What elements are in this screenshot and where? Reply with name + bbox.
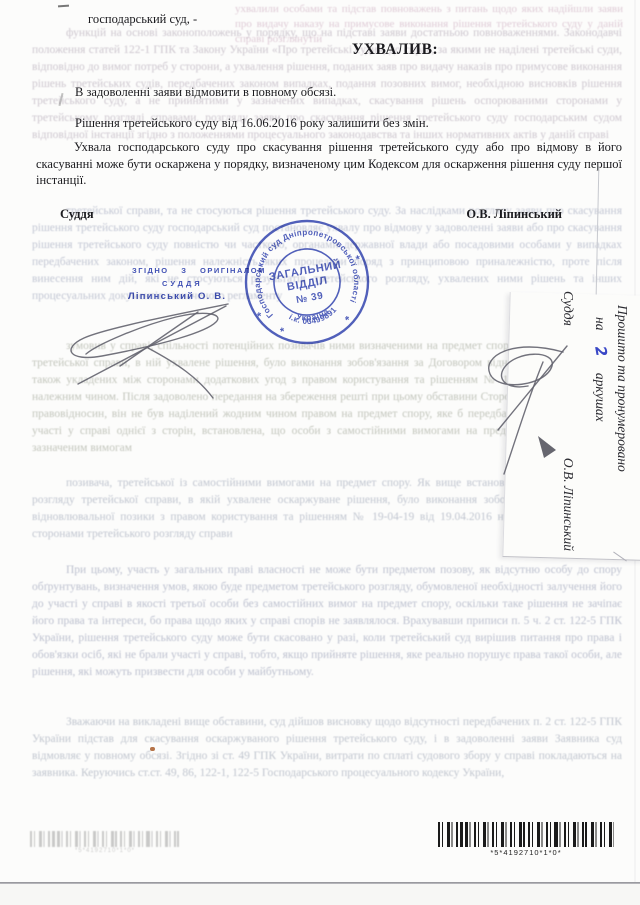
strip-line2: на2аркушах [592,291,610,555]
page-bottom-edge [0,882,640,884]
barcode: *5*4192710*1*0* [438,822,614,857]
scan-speck [58,5,69,8]
bleedthrough-text-block: Зважаючи на викладені вище обставини, су… [32,714,622,782]
judge-name: О.В. Ліпинський [466,207,562,222]
ruling-paragraph: В задоволенні заяви відмовити в повному … [75,85,336,100]
ruling-heading: УХВАЛИВ: [0,41,640,59]
ruling-paragraph: Ухвала господарського суду про скасуванн… [36,139,622,189]
strip-line2-prefix: на [593,317,608,330]
stamp-center-line: № 39 [295,290,324,306]
barcode-label: *5*4192710*1*0* [438,848,614,857]
strip-line2-suffix: аркушах [593,373,608,422]
judge-pen-signature [48,288,278,408]
strip-line1: Прошито та пронумеровано [614,291,630,555]
bleedthrough-text-block: При цьому, участь у загальних праві влас… [32,562,622,681]
scanned-court-document-page: ухвалили особами та підстав повноважень … [0,0,640,905]
scan-speck [150,747,155,751]
strip-judge-role: Суддя [560,291,576,326]
stamp-star-icon: * [344,314,351,327]
judge-role-label: Суддя [60,207,94,222]
bleedthrough-barcode-bars [30,831,180,847]
handwritten-sheet-count: 2 [591,345,611,358]
intro-line: господарський суд, - [88,12,197,27]
ruling-paragraph: Рішення третейського суду від 16.06.2016… [75,116,429,131]
stamp-star-icon: * [279,326,286,339]
scan-footer-area [0,884,640,905]
bleedthrough-barcode-label: *5*4192710*1*0* [30,848,180,854]
bleedthrough-barcode: *5*4192710*1*0* [30,831,180,854]
strip-pen-signature [468,332,583,482]
barcode-bars [438,822,614,847]
